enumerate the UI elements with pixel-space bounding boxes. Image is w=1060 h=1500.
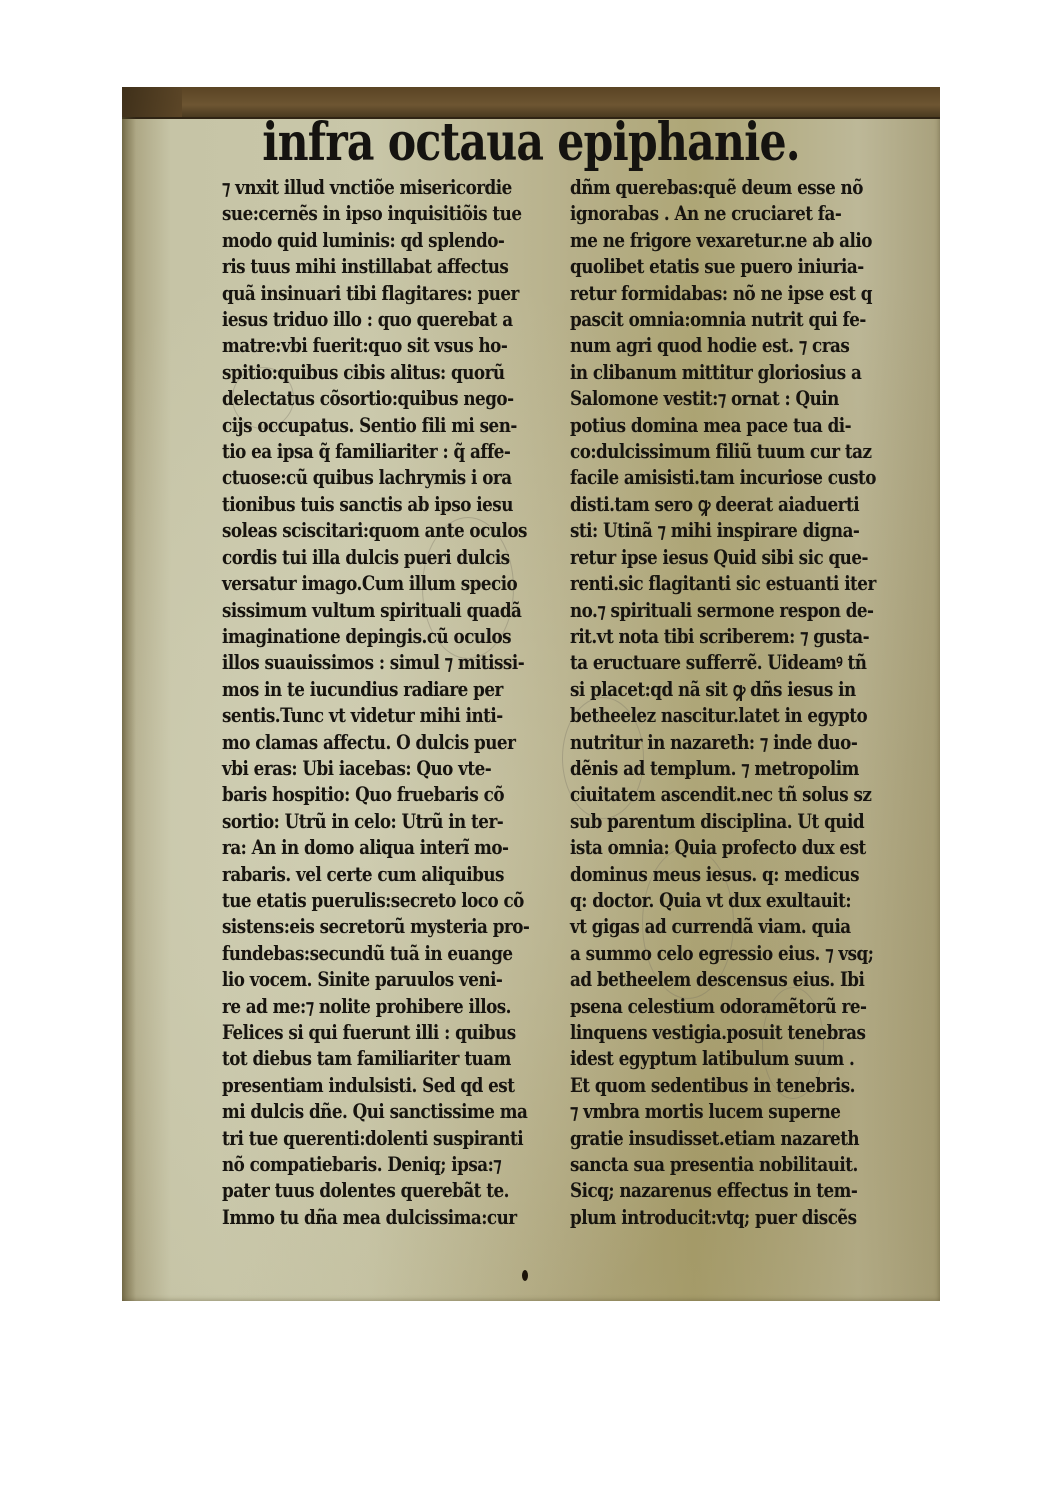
page-edge-shadow xyxy=(122,117,136,1301)
text-line: soleas sciscitari:quom ante oculos xyxy=(222,518,519,544)
text-line: matre:vbi fuerit:quo sit vsus ho- xyxy=(222,333,519,359)
text-line: sub parentum disciplina. Ut quid xyxy=(570,809,867,835)
text-line: ⁊ vmbra mortis lucem superne xyxy=(570,1099,867,1125)
text-line: sue:cernẽs in ipso inquisitiõis tue xyxy=(222,201,519,227)
text-line: disti.tam sero ꝙ deerat aiaduerti xyxy=(570,492,867,518)
text-line: fundebas:secundũ tuã in euange xyxy=(222,941,519,967)
text-column-left: ⁊ vnxit illud vnctiõe misericordie sue:c… xyxy=(222,175,567,1231)
text-line: versatur imago.Cum illum specio xyxy=(222,571,519,597)
text-line: spitio:quibus cibis alitus: quorũ xyxy=(222,360,519,386)
text-line: quolibet etatis sue puero iniuria- xyxy=(570,254,867,280)
text-line: ⁊ vnxit illud vnctiõe misericordie xyxy=(222,175,519,201)
text-line: me ne frigore vexaretur.ne ab alio xyxy=(570,228,867,254)
text-line: baris hospitio: Quo fruebaris cõ xyxy=(222,782,519,808)
text-line: potius domina mea pace tua di- xyxy=(570,413,867,439)
text-line: mo clamas affectu. O dulcis puer xyxy=(222,730,519,756)
text-line: modo quid luminis: qd splendo- xyxy=(222,228,519,254)
ink-spot xyxy=(522,1270,528,1281)
text-line: tionibus tuis sanctis ab ipso iesu xyxy=(222,492,519,518)
text-line: rabaris. vel certe cum aliquibus xyxy=(222,862,519,888)
text-line: tot diebus tam familiariter tuam xyxy=(222,1046,519,1072)
text-line: mi dulcis dñe. Qui sanctissime ma xyxy=(222,1099,519,1125)
text-line: linquens vestigia.posuit tenebras xyxy=(570,1020,867,1046)
text-line: re ad me:⁊ nolite prohibere illos. xyxy=(222,994,519,1020)
text-line: cijs occupatus. Sentio fili mi sen- xyxy=(222,413,519,439)
text-line: sistens:eis secretorũ mysteria pro- xyxy=(222,914,519,940)
text-line: ad betheelem descensus eius. Ibi xyxy=(570,967,867,993)
text-line: si placet:qd nã sit ꝙ dñs iesus in xyxy=(570,677,867,703)
text-line: plum introducit:vtq; puer discẽs xyxy=(570,1205,867,1231)
text-line: nõ compatiebaris. Deniq; ipsa:⁊ xyxy=(222,1152,519,1178)
running-head: infra octaua epiphanie. xyxy=(196,117,867,169)
text-line: Salomone vestit:⁊ ornat : Quin xyxy=(570,386,867,412)
text-line: ista omnia: Quia profecto dux est xyxy=(570,835,867,861)
text-line: imaginatione depingis.cũ oculos xyxy=(222,624,519,650)
text-line: ra: An in domo aliqua interĩ mo- xyxy=(222,835,519,861)
text-line: sentis.Tunc vt videtur mihi inti- xyxy=(222,703,519,729)
text-line: psena celestium odoramẽtorũ re- xyxy=(570,994,867,1020)
text-line: delectatus cõsortio:quibus nego- xyxy=(222,386,519,412)
text-line: rit.vt nota tibi scriberem: ⁊ gusta- xyxy=(570,624,867,650)
text-line: no.⁊ spirituali sermone respon de- xyxy=(570,598,867,624)
text-line: sancta sua presentia nobilitauit. xyxy=(570,1152,867,1178)
text-line: tue etatis puerulis:secreto loco cõ xyxy=(222,888,519,914)
text-line: sissimum vultum spirituali quadã xyxy=(222,598,519,624)
binding-fold xyxy=(122,87,182,117)
text-line: dñm querebas:quẽ deum esse nõ xyxy=(570,175,867,201)
text-line: retur formidabas: nõ ne ipse est q xyxy=(570,281,867,307)
text-line: dẽnis ad templum. ⁊ metropolim xyxy=(570,756,867,782)
text-line: ctuose:cũ quibus lachrymis i ora xyxy=(222,465,519,491)
text-column-right: dñm querebas:quẽ deum esse nõ ignorabas … xyxy=(570,175,915,1231)
text-line: Felices si qui fuerunt illi : quibus xyxy=(222,1020,519,1046)
text-line: idest egyptum latibulum suum . xyxy=(570,1046,867,1072)
text-line: illos suauissimos : simul ⁊ mitissi- xyxy=(222,650,519,676)
text-line: quã insinuari tibi flagitares: puer xyxy=(222,281,519,307)
text-line: retur ipse iesus Quid sibi sic que- xyxy=(570,545,867,571)
text-line: renti.sic flagitanti sic estuanti iter xyxy=(570,571,867,597)
text-line: Sicq; nazarenus effectus in tem- xyxy=(570,1178,867,1204)
text-line: ris tuus mihi instillabat affectus xyxy=(222,254,519,280)
text-line: a summo celo egressio eius. ⁊ vsq; xyxy=(570,941,867,967)
text-line: betheelez nascitur.latet in egypto xyxy=(570,703,867,729)
text-line: tio ea ipsa q̃ familiariter : q̃ affe- xyxy=(222,439,519,465)
scanned-page: infra octaua epiphanie. ⁊ vnxit illud vn… xyxy=(122,87,940,1301)
text-line: vbi eras: Ubi iacebas: Quo vte- xyxy=(222,756,519,782)
text-line: ciuitatem ascendit.nec tñ solus sz xyxy=(570,782,867,808)
text-line: q: doctor. Quia vt dux exultauit: xyxy=(570,888,867,914)
text-line: pater tuus dolentes querebãt te. xyxy=(222,1178,519,1204)
text-line: cordis tui illa dulcis pueri dulcis xyxy=(222,545,519,571)
text-line: dominus meus iesus. q: medicus xyxy=(570,862,867,888)
text-line: ta eructuare sufferrẽ. Uideamꝰ tñ xyxy=(570,650,867,676)
text-line: facile amisisti.tam incuriose custo xyxy=(570,465,867,491)
text-line: presentiam indulsisti. Sed qd est xyxy=(222,1073,519,1099)
text-line: vt gigas ad currendã viam. quia xyxy=(570,914,867,940)
text-line: ignorabas . An ne cruciaret fa- xyxy=(570,201,867,227)
text-line: co:dulcissimum filiũ tuum cur taz xyxy=(570,439,867,465)
text-line: sti: Utinã ⁊ mihi inspirare digna- xyxy=(570,518,867,544)
text-line: tri tue querenti:dolenti suspiranti xyxy=(222,1126,519,1152)
text-line: lio vocem. Sinite paruulos veni- xyxy=(222,967,519,993)
text-line: Immo tu dña mea dulcissima:cur xyxy=(222,1205,519,1231)
text-line: mos in te iucundius radiare per xyxy=(222,677,519,703)
text-line: gratie insudisset.etiam nazareth xyxy=(570,1126,867,1152)
text-line: sortio: Utrũ in celo: Utrũ in ter- xyxy=(222,809,519,835)
text-line: Et quom sedentibus in tenebris. xyxy=(570,1073,867,1099)
text-line: in clibanum mittitur gloriosius a xyxy=(570,360,867,386)
text-line: iesus triduo illo : quo querebat a xyxy=(222,307,519,333)
text-line: num agri quod hodie est. ⁊ cras xyxy=(570,333,867,359)
text-line: pascit omnia:omnia nutrit qui fe- xyxy=(570,307,867,333)
text-line: nutritur in nazareth: ⁊ inde duo- xyxy=(570,730,867,756)
